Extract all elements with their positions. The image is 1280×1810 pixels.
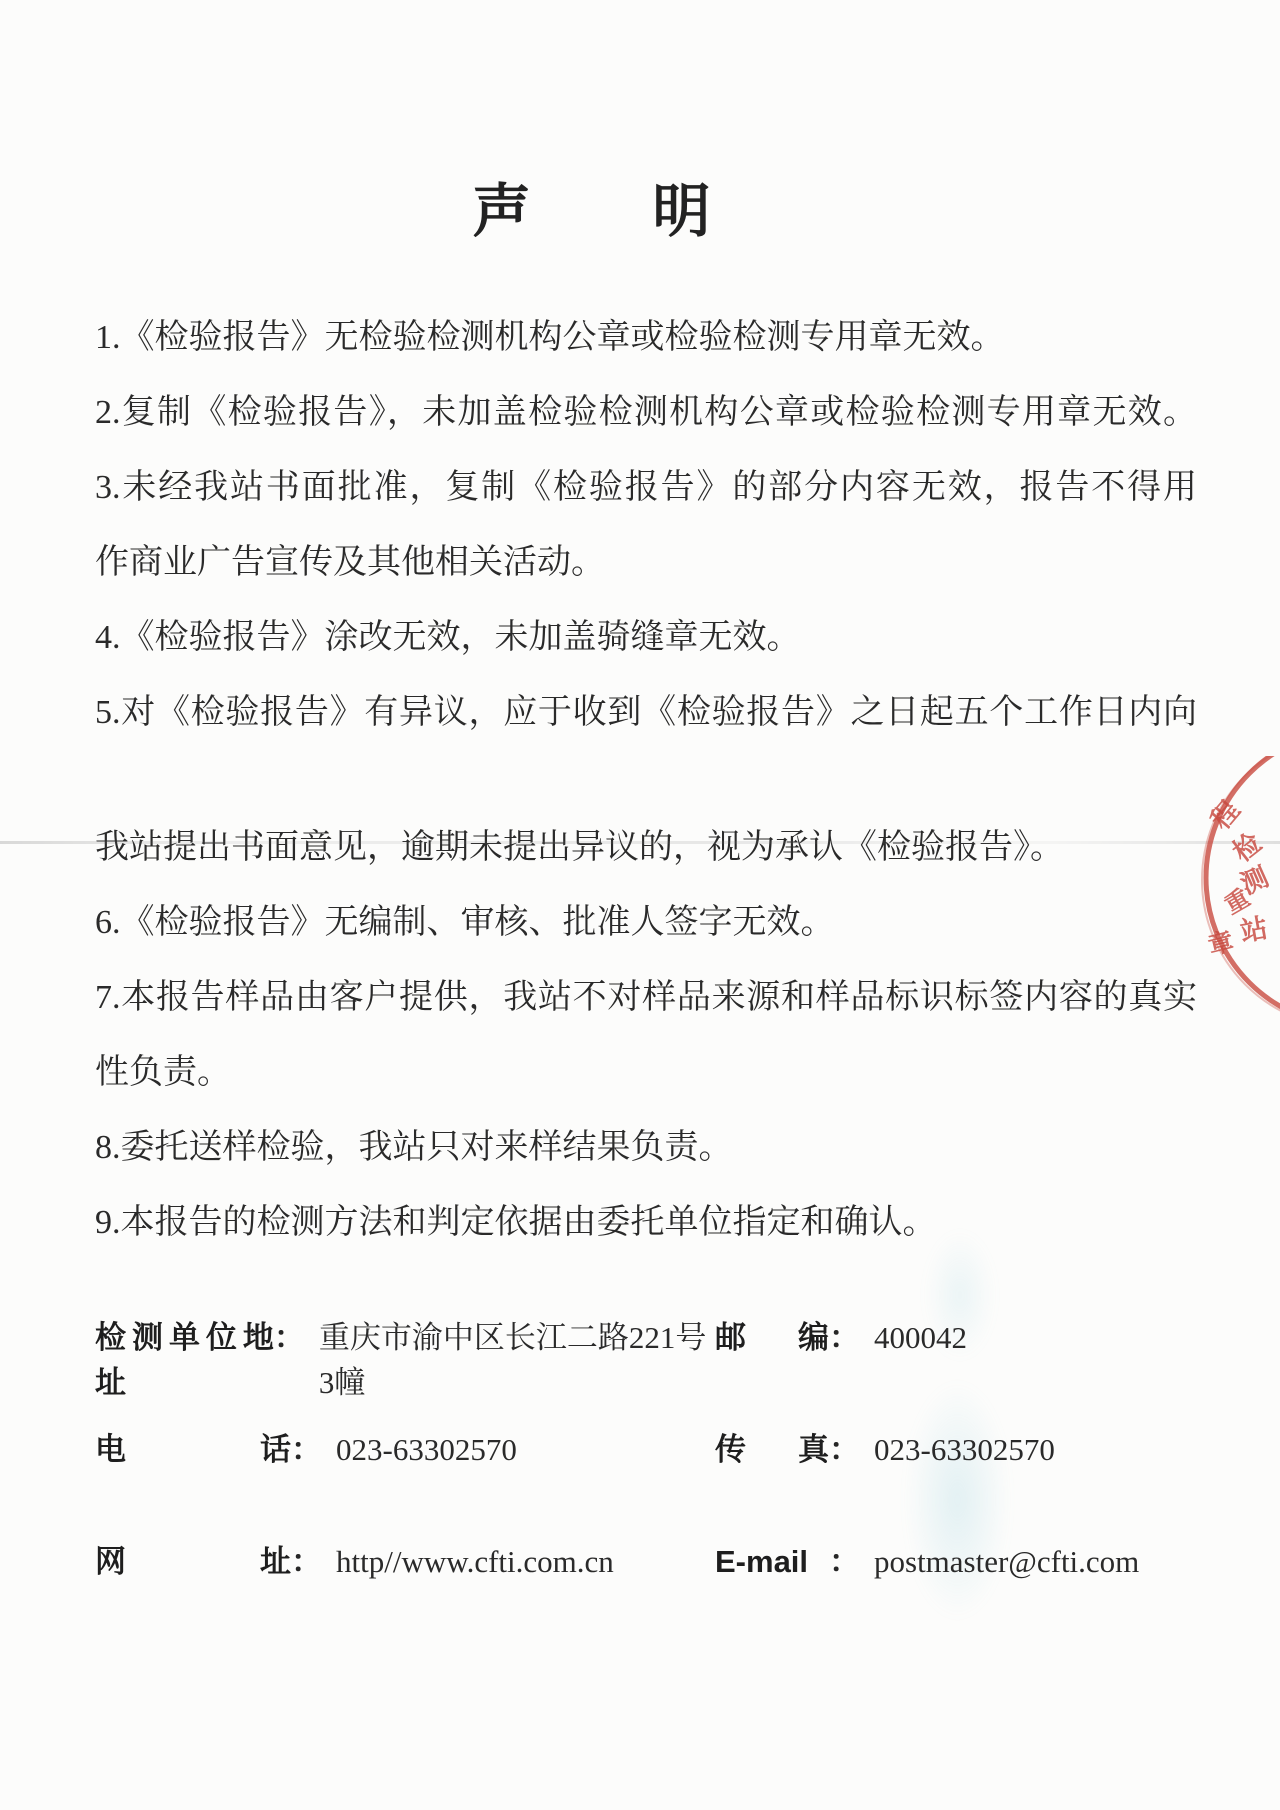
statement-line-5: 5.对《检验报告》有异议，应于收到《检验报告》之日起五个工作日内向 (95, 675, 1197, 750)
website-value: http//www.cfti.com.cn (336, 1544, 614, 1580)
statement-list: 1.《检验报告》无检验检测机构公章或检验检测专用章无效。 2.复制《检验报告》，… (95, 300, 1197, 1260)
footer-row-phone: 电话： 023-63302570 传真： 023-63302570 (95, 1424, 1225, 1536)
postcode-value: 400042 (874, 1320, 967, 1356)
statement-line-6: 6.《检验报告》无编制、审核、批准人签字无效。 (95, 885, 1197, 960)
label-colon: ： (274, 1312, 305, 1357)
fax-value: 023-63302570 (874, 1432, 1055, 1468)
statement-line-3-cont: 作商业广告宣传及其他相关活动。 (95, 525, 1197, 600)
address-label: 检测单位地址 (95, 1312, 274, 1402)
phone-value: 023-63302570 (336, 1432, 517, 1468)
address-value: 重庆市渝中区长江二路221号3幢 (319, 1312, 715, 1402)
footer-row-address: 检测单位地址： 重庆市渝中区长江二路221号3幢 邮编： 400042 (95, 1312, 1225, 1424)
statement-line-7: 7.本报告样品由客户提供，我站不对样品来源和样品标识标签内容的真实 (95, 960, 1197, 1035)
label-colon: ： (829, 1312, 860, 1357)
postcode-label: 邮编 (715, 1312, 829, 1357)
contact-footer: 检测单位地址： 重庆市渝中区长江二路221号3幢 邮编： 400042 电话： … (95, 1312, 1225, 1648)
red-seal-stamp-icon: 程 检 测 重 站 章 (1194, 756, 1280, 1018)
statement-line-3: 3.未经我站书面批准，复制《检验报告》的部分内容无效，报告不得用 (95, 450, 1197, 525)
fax-label: 传真 (715, 1424, 829, 1469)
statement-line-9: 9.本报告的检测方法和判定依据由委托单位指定和确认。 (95, 1185, 1197, 1260)
label-colon: ： (291, 1536, 322, 1581)
page-title: 声 明 (0, 164, 1185, 248)
phone-label: 电话 (95, 1424, 291, 1469)
statement-line-4: 4.《检验报告》涂改无效，未加盖骑缝章无效。 (95, 600, 1197, 675)
email-value: postmaster@cfti.com (874, 1544, 1139, 1580)
label-colon: ： (291, 1424, 322, 1469)
statement-line-5-cont: 我站提出书面意见，逾期未提出异议的，视为承认《检验报告》。 (95, 810, 1197, 885)
label-colon: ： (829, 1424, 860, 1469)
label-colon: ： (829, 1536, 860, 1581)
statement-line-1: 1.《检验报告》无检验检测机构公章或检验检测专用章无效。 (95, 300, 1197, 375)
email-label: E-mail (715, 1544, 829, 1580)
statement-line-7-cont: 性负责。 (95, 1035, 1197, 1110)
fold-crease-line (0, 841, 1280, 844)
statement-line-2: 2.复制《检验报告》，未加盖检验检测机构公章或检验检测专用章无效。 (95, 375, 1197, 450)
footer-row-web: 网址： http//www.cfti.com.cn E-mail： postma… (95, 1536, 1225, 1648)
statement-line-8: 8.委托送样检验，我站只对来样结果负责。 (95, 1110, 1197, 1185)
website-label: 网址 (95, 1536, 291, 1581)
